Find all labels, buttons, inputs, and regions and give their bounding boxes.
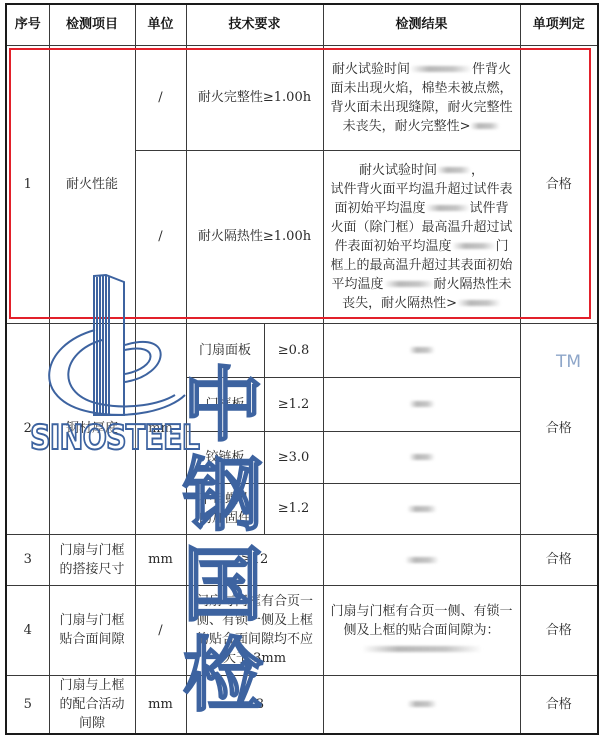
row-result — [323, 675, 520, 734]
row-result — [323, 323, 520, 377]
redacted-value — [407, 506, 437, 512]
redacted-value — [437, 167, 471, 173]
row-no: 2 — [6, 323, 49, 534]
row-unit: mm — [135, 675, 186, 734]
row-unit: / — [135, 45, 186, 150]
row-result: 耐火试验时间， 试件背火面平均温升超过试件表 面初始平均温度试件背 火面（除门框… — [323, 150, 520, 323]
row-result — [323, 534, 520, 585]
row-requirement: ≥12 — [186, 534, 323, 585]
row-requirement: ≥3.0 — [264, 431, 323, 483]
row-part: 铰链板 — [186, 431, 264, 483]
row-unit: / — [135, 150, 186, 323]
redacted-value — [409, 347, 435, 353]
table-row: 2 钢材厚度 mm 门扇面板 ≥0.8 合格 — [6, 323, 598, 377]
row-verdict: 合格 — [520, 675, 598, 734]
row-part: 不带螺孔 的加固件 — [186, 483, 264, 534]
row-requirement: ≥0.8 — [264, 323, 323, 377]
table-row: 3 门扇与门框 的搭接尺寸 mm ≥12 合格 — [6, 534, 598, 585]
row-no: 3 — [6, 534, 49, 585]
redacted-value — [384, 281, 434, 287]
redacted-value — [452, 243, 496, 249]
header-row: 序号 检测项目 单位 技术要求 检测结果 单项判定 — [6, 4, 598, 45]
row-part: 门扇面板 — [186, 323, 264, 377]
row-result: 耐火试验时间件背火 面未出现火焰，棉垫未被点燃， 背火面未出现缝隙，耐火完整性 … — [323, 45, 520, 150]
table-row: 1 耐火性能 / 耐火完整性≥1.00h 耐火试验时间件背火 面未出现火焰，棉垫… — [6, 45, 598, 150]
redacted-value — [407, 701, 437, 707]
row-requirement: 耐火完整性≥1.00h — [186, 45, 323, 150]
redacted-value — [409, 401, 435, 407]
row-result: 门扇与门框有合页一侧、有锁一 侧及上框的贴合面间隙为： — [323, 585, 520, 675]
redacted-value — [426, 205, 470, 211]
row-requirement: 门扇与门框有合页一 侧、有锁一侧及上框 的贴合面间隙均不应 大于 3mm — [186, 585, 323, 675]
row-result — [323, 431, 520, 483]
row-item: 门扇与上框 的配合活动 间隙 — [49, 675, 135, 734]
row-requirement: ≥1.2 — [264, 483, 323, 534]
header-verdict: 单项判定 — [520, 4, 598, 45]
row-verdict: 合格 — [520, 45, 598, 323]
row-requirement: 耐火隔热性≥1.00h — [186, 150, 323, 323]
row-no: 5 — [6, 675, 49, 734]
redacted-value — [362, 646, 482, 652]
row-unit: mm — [135, 323, 186, 534]
row-requirement: ≥1.2 — [264, 377, 323, 431]
row-item: 门扇与门框 的搭接尺寸 — [49, 534, 135, 585]
row-item: 耐火性能 — [49, 45, 135, 323]
row-verdict: 合格 — [520, 323, 598, 534]
test-results-table: 序号 检测项目 单位 技术要求 检测结果 单项判定 1 耐火性能 / 耐火完整性… — [5, 3, 599, 735]
header-no: 序号 — [6, 4, 49, 45]
redacted-value — [470, 123, 500, 129]
row-unit: mm — [135, 534, 186, 585]
row-part: 门框板 — [186, 377, 264, 431]
row-result — [323, 377, 520, 431]
header-item: 检测项目 — [49, 4, 135, 45]
row-verdict: 合格 — [520, 534, 598, 585]
redacted-value — [409, 454, 435, 460]
row-item: 钢材厚度 — [49, 323, 135, 534]
row-item: 门扇与门框 贴合面间隙 — [49, 585, 135, 675]
row-unit: / — [135, 585, 186, 675]
table-row: 4 门扇与门框 贴合面间隙 / 门扇与门框有合页一 侧、有锁一侧及上框 的贴合面… — [6, 585, 598, 675]
header-requirement: 技术要求 — [186, 4, 323, 45]
redacted-value — [410, 66, 472, 72]
row-result — [323, 483, 520, 534]
row-no: 4 — [6, 585, 49, 675]
redacted-value — [405, 557, 439, 563]
row-requirement: ≤3 — [186, 675, 323, 734]
header-result: 检测结果 — [323, 4, 520, 45]
redacted-value — [457, 300, 501, 306]
table-row: 5 门扇与上框 的配合活动 间隙 mm ≤3 合格 — [6, 675, 598, 734]
row-verdict: 合格 — [520, 585, 598, 675]
row-no: 1 — [6, 45, 49, 323]
header-unit: 单位 — [135, 4, 186, 45]
